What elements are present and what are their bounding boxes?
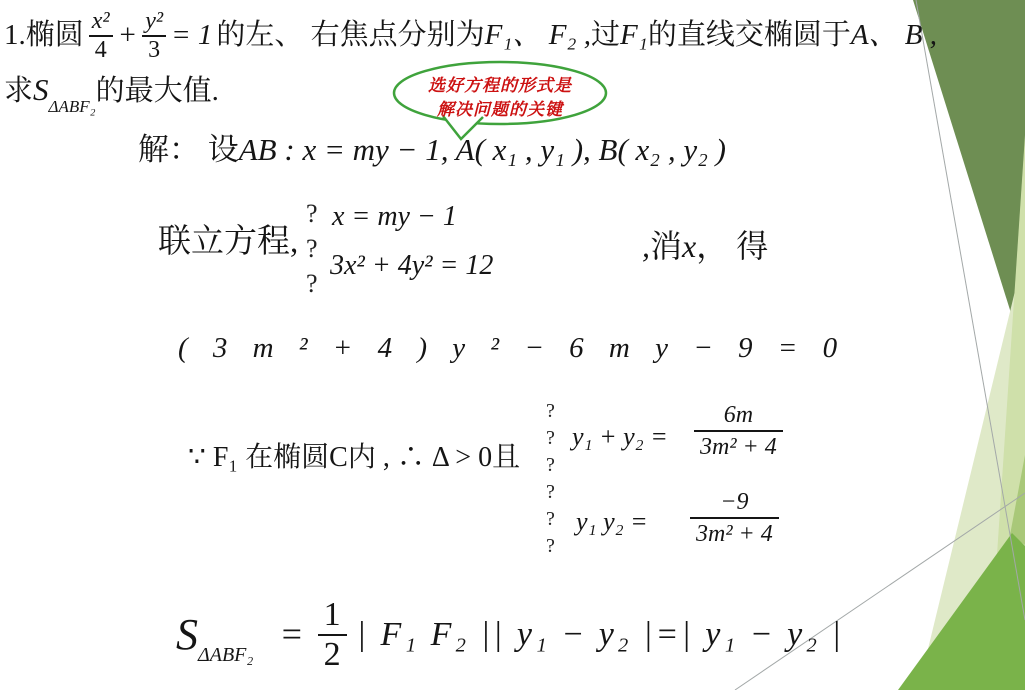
solution-she-label: 设: [200, 132, 239, 167]
problem-line2-suffix: 的最大值.: [96, 75, 219, 107]
area-symbol-s: S: [33, 72, 49, 107]
area-symbol-subscript: ΔABF₂: [198, 644, 253, 667]
solution-setup-line: 解： 设AB : x = my − 1, A( x₁ , y₁ ), B( x₂…: [138, 132, 726, 168]
delta-condition-line: ∵ F₁ 在椭圆C内 , ∴ Δ > 0且: [188, 442, 520, 474]
problem-text-a: 的左、 右焦点分别为: [216, 19, 484, 52]
area-formula-rest: | F₁ F₂ || y₁ − y₂ |=| y₁ − y₂ |: [357, 615, 844, 654]
eliminate-x-text: 消: [650, 228, 682, 264]
fraction-numerator: 1: [320, 596, 345, 634]
vieta-brace: ? ? ? ? ? ?: [546, 398, 555, 560]
system-label: 联立方程,: [158, 224, 298, 262]
equals-one: = 1: [171, 19, 212, 52]
vieta-sum-lhs: y₁ + y₂ =: [572, 422, 668, 452]
one-half-fraction: 1 2: [318, 596, 347, 674]
comma: ,: [642, 228, 650, 264]
fraction-x-squared-over-4: x² 4: [88, 8, 114, 64]
brace-glyph: ?: [306, 196, 318, 231]
fraction-numerator: y²: [141, 8, 167, 35]
area-symbol-s: S: [176, 610, 198, 661]
fraction-denominator: 2: [318, 634, 347, 674]
vieta-product-lhs: y₁ y₂ =: [576, 507, 648, 537]
system-after-text: ,消x， 得: [642, 228, 768, 265]
plus-sign: +: [118, 19, 138, 52]
foci-symbols: F₁、 F₂ ,: [485, 19, 591, 52]
fraction-numerator: x²: [88, 8, 114, 35]
slide: 1.椭圆 x² 4 + y² 3 = 1 的左、 右焦点分别为 F₁、 F₂ ,…: [0, 0, 1025, 690]
problem-line-2: 求SΔABF₂的最大值.: [4, 72, 219, 108]
variable-x: x: [682, 228, 696, 264]
fraction-denominator: 4: [89, 35, 113, 64]
callout-text-line-2: 解决问题的关键: [405, 98, 595, 123]
focus-f1: F₁: [620, 19, 648, 52]
area-formula-line: S ΔABF₂ = 1 2 | F₁ F₂ || y₁ − y₂ |=| y₁ …: [176, 583, 844, 687]
system-brace: ? ? ?: [306, 196, 318, 301]
problem-text-b: 过: [591, 19, 620, 52]
quadratic-equation: ( 3 m ² + 4 ) y ² − 6 m y − 9 = 0: [178, 332, 846, 365]
fraction-numerator: 6m: [720, 400, 757, 430]
brace-glyph: ?: [546, 398, 555, 425]
fraction-denominator: 3m² + 4: [690, 517, 779, 549]
callout-text-line-1: 选好方程的形式是: [405, 74, 595, 99]
system-equation-2: 3x² + 4y² = 12: [330, 250, 493, 282]
brace-glyph: ?: [546, 533, 555, 560]
brace-glyph: ?: [546, 452, 555, 479]
system-equation-1: x = my − 1: [332, 201, 457, 233]
problem-text-c: 的直线交椭圆于: [648, 19, 851, 52]
solution-jie-label: 解：: [138, 132, 200, 167]
vieta-sum-fraction: 6m 3m² + 4: [694, 400, 783, 462]
fraction-denominator: 3: [142, 35, 166, 64]
vieta-product-fraction: −9 3m² + 4: [690, 487, 779, 549]
brace-glyph: ?: [546, 479, 555, 506]
equals-sign: =: [279, 614, 303, 655]
brace-glyph: ?: [306, 231, 318, 266]
brace-glyph: ?: [546, 425, 555, 452]
problem-line2-prefix: 求: [4, 75, 33, 107]
solution-setup-math: AB : x = my − 1, A( x₁ , y₁ ), B( x₂ , y…: [239, 132, 726, 167]
fraction-numerator: −9: [716, 487, 752, 517]
fraction-denominator: 3m² + 4: [694, 430, 783, 462]
points-a-b: A、 B ,: [851, 19, 937, 52]
area-symbol-subscript: ΔABF₂: [49, 97, 96, 117]
then-get-text: ， 得: [696, 228, 768, 264]
fraction-y-squared-over-3: y² 3: [141, 8, 167, 64]
brace-glyph: ?: [306, 266, 318, 301]
problem-prefix: 1.椭圆: [4, 19, 84, 52]
brace-glyph: ?: [546, 506, 555, 533]
